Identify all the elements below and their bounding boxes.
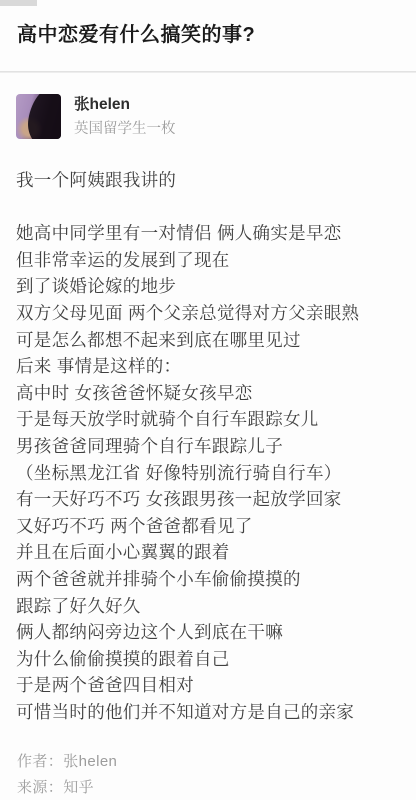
answer-line: （坐标黑龙江省 好像特别流行骑自行车） — [16, 460, 400, 487]
answer-line: 我一个阿姨跟我讲的 — [16, 167, 400, 194]
answer-line: 高中时 女孩爸爸怀疑女孩早恋 — [16, 380, 400, 407]
answer-line: 并且在后面小心翼翼的跟着 — [16, 539, 400, 566]
answer-body: 我一个阿姨跟我讲的 她高中同学里有一对情侣 俩人确实是早恋 但非常幸运的发展到了… — [0, 167, 416, 725]
question-title[interactable]: 高中恋爱有什么搞笑的事? — [0, 0, 416, 49]
title-divider — [0, 71, 416, 73]
answer-line: 有一天好巧不巧 女孩跟男孩一起放学回家 — [16, 486, 400, 513]
answer-line — [16, 194, 400, 221]
answer-line: 到了谈婚论嫁的地步 — [16, 273, 400, 300]
attribution-author: 作者：张helen — [17, 749, 399, 775]
answer-line: 她高中同学里有一对情侣 俩人确实是早恋 — [16, 220, 400, 247]
post-screenshot: 高中恋爱有什么搞笑的事? 张helen 英国留学生一枚 我一个阿姨跟我讲的 她高… — [0, 0, 416, 800]
top-edge-artifact — [0, 0, 37, 6]
attribution-source: 来源：知乎 — [17, 775, 399, 800]
answer-line: 但非常幸运的发展到了现在 — [16, 247, 400, 274]
author-row[interactable]: 张helen 英国留学生一枚 — [16, 94, 400, 139]
answer-line: 又好巧不巧 两个爸爸都看见了 — [16, 513, 400, 540]
answer-line: 俩人都纳闷旁边这个人到底在干嘛 — [16, 619, 400, 646]
answer-line: 于是每天放学时就骑个自行车跟踪女儿 — [16, 406, 400, 433]
author-name[interactable]: 张helen — [74, 95, 176, 115]
attribution-footer: 作者：张helen 来源：知乎 — [0, 749, 416, 800]
answer-line: 为什么偷偷摸摸的跟着自己 — [16, 646, 400, 673]
author-meta: 张helen 英国留学生一枚 — [74, 95, 176, 139]
author-bio: 英国留学生一枚 — [74, 119, 176, 139]
answer-line: 于是两个爸爸四目相对 — [16, 672, 400, 699]
answer-line: 双方父母见面 两个父亲总觉得对方父亲眼熟 — [16, 300, 400, 327]
answer-line: 男孩爸爸同理骑个自行车跟踪儿子 — [16, 433, 400, 460]
answer-line: 两个爸爸就并排骑个小车偷偷摸摸的 — [16, 566, 400, 593]
answer-line: 跟踪了好久好久 — [16, 593, 400, 620]
answer-line: 可是怎么都想不起来到底在哪里见过 — [16, 327, 400, 354]
answer-line: 可惜当时的他们并不知道对方是自己的亲家 — [16, 699, 400, 726]
avatar[interactable] — [16, 94, 61, 139]
answer-line: 后来 事情是这样的： — [16, 353, 400, 380]
